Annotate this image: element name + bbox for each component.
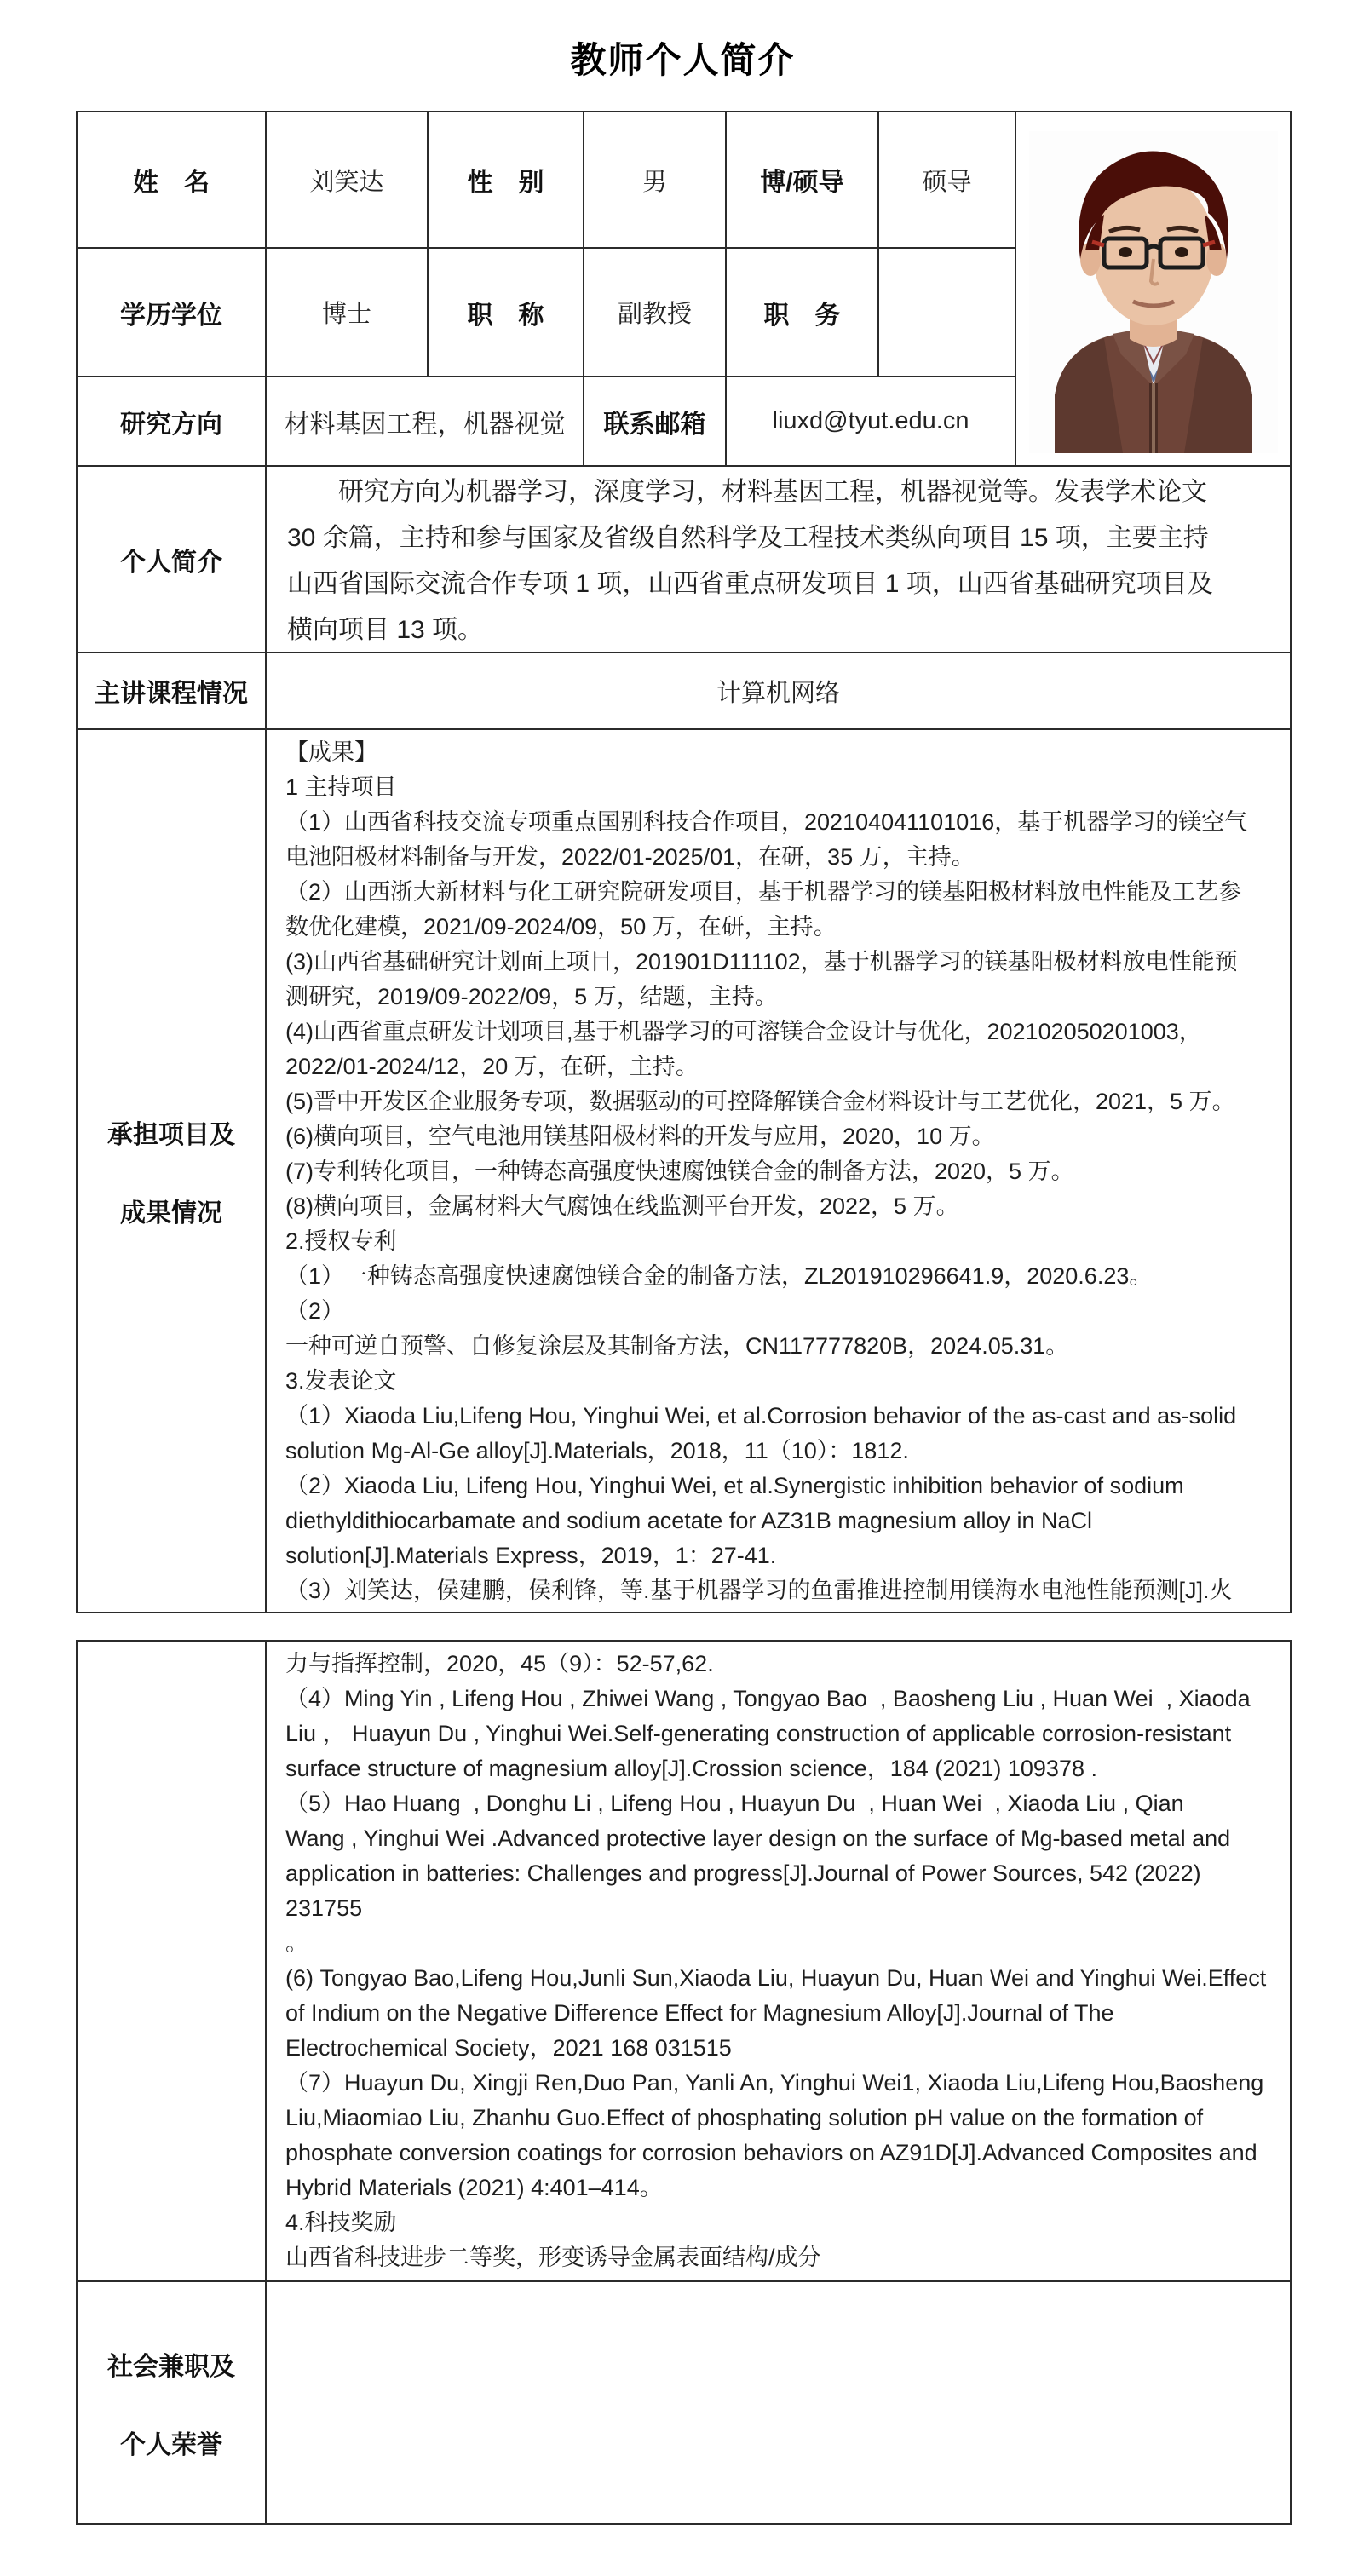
table-row: 力与指挥控制，2020，45（9）：52-57,62. （4）Ming Yin … <box>77 1641 1291 2281</box>
achievements-label-cell: 承担项目及 成果情况 <box>77 729 266 1613</box>
photo-wrap <box>1016 124 1290 453</box>
courses-label: 主讲课程情况 <box>77 653 266 729</box>
achievements-label-line2: 成果情况 <box>120 1192 222 1229</box>
table-row: 姓 名 刘笑达 性 别 男 博/硕导 硕导 <box>77 112 1291 248</box>
social-label-cell: 社会兼职及 个人荣誉 <box>77 2281 266 2524</box>
gender-value: 男 <box>584 112 726 248</box>
table-row: 社会兼职及 个人荣誉 <box>77 2281 1291 2524</box>
gender-label: 性 别 <box>428 112 584 248</box>
table-row: 个人简介 研究方向为机器学习，深度学习，材料基因工程，机器视觉等。发表学术论文 … <box>77 466 1291 653</box>
achievements-label: 承担项目及 成果情况 <box>78 1113 265 1229</box>
achievements-label-line1: 承担项目及 <box>107 1113 235 1151</box>
achievements-cell: 【成果】 1 主持项目 （1）山西省科技交流专项重点国别科技合作项目，20210… <box>266 729 1291 1613</box>
intro-text: 研究方向为机器学习，深度学习，材料基因工程，机器视觉等。发表学术论文 30 余篇… <box>267 468 1290 651</box>
social-label: 社会兼职及 个人荣誉 <box>78 2345 265 2461</box>
intro-label: 个人简介 <box>77 466 266 653</box>
achievements-text-page2: 力与指挥控制，2020，45（9）：52-57,62. （4）Ming Yin … <box>267 1642 1290 2275</box>
rank-label: 职 称 <box>428 248 584 377</box>
research-value: 材料基因工程，机器视觉 <box>266 377 584 466</box>
social-value-cell <box>266 2281 1291 2524</box>
social-label-line2: 个人荣誉 <box>120 2424 222 2461</box>
profile-table: 姓 名 刘笑达 性 别 男 博/硕导 硕导 <box>76 111 1292 1613</box>
continuation-cell: 力与指挥控制，2020，45（9）：52-57,62. （4）Ming Yin … <box>266 1641 1291 2281</box>
email-value: liuxd@tyut.edu.cn <box>726 377 1015 466</box>
page-title: 教师个人简介 <box>76 32 1290 83</box>
name-label: 姓 名 <box>77 112 266 248</box>
degree-value: 博士 <box>266 248 428 377</box>
email-label: 联系邮箱 <box>584 377 726 466</box>
social-label-line1: 社会兼职及 <box>107 2345 235 2383</box>
research-label: 研究方向 <box>77 377 266 466</box>
courses-value: 计算机网络 <box>266 653 1291 729</box>
degree-label: 学历学位 <box>77 248 266 377</box>
table-row: 主讲课程情况 计算机网络 <box>77 653 1291 729</box>
faculty-profile-page: 教师个人简介 姓 名 刘笑达 性 别 男 博/硕导 硕导 <box>0 0 1352 2576</box>
achievements-text-page1: 【成果】 1 主持项目 （1）山西省科技交流专项重点国别科技合作项目，20210… <box>267 730 1290 1606</box>
position-value <box>878 248 1015 377</box>
continuation-label-cell <box>77 1641 266 2281</box>
intro-cell: 研究方向为机器学习，深度学习，材料基因工程，机器视觉等。发表学术论文 30 余篇… <box>266 466 1291 653</box>
position-label: 职 务 <box>726 248 878 377</box>
name-value: 刘笑达 <box>266 112 428 248</box>
continuation-table: 力与指挥控制，2020，45（9）：52-57,62. （4）Ming Yin … <box>76 1640 1292 2525</box>
advisor-value: 硕导 <box>878 112 1015 248</box>
photo-cell <box>1015 112 1291 466</box>
rank-value: 副教授 <box>584 248 726 377</box>
portrait-photo <box>1029 131 1278 453</box>
portrait-photo-drawing <box>1029 131 1278 453</box>
table-row: 承担项目及 成果情况 【成果】 1 主持项目 （1）山西省科技交流专项重点国别科… <box>77 729 1291 1613</box>
advisor-label: 博/硕导 <box>726 112 878 248</box>
